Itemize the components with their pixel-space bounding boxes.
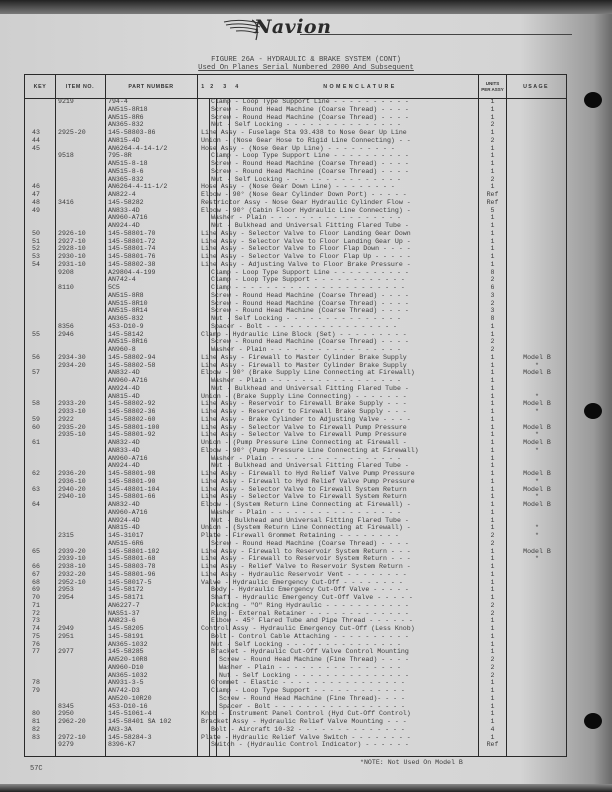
part-number-cell: AN833-4D [108, 447, 198, 455]
part-number-cell: NAS51-37 [108, 610, 198, 618]
table-row: 44AN815-4DUnion - (Nose Gear Hose to Rig… [25, 137, 566, 145]
units-cell: 2 [479, 137, 506, 145]
usage-cell: Model B [506, 354, 568, 362]
table-row: AN515-8R14Screw - Round Head Machine (Co… [25, 307, 566, 315]
key-cell: 64 [32, 501, 52, 509]
units-cell: 1 [479, 478, 506, 486]
nomenclature-cell: Valve - Hydraulic Emergency Cut-Off - - … [201, 579, 476, 587]
table-row: 742949145-58205Control Assy - Hydraulic … [25, 625, 566, 633]
units-header-line2: PER ASSY [481, 87, 504, 93]
item-no-cell: 2962-20 [58, 718, 106, 726]
units-cell: 2 [479, 610, 506, 618]
table-row: 582933-20145-58802-92Line Assy - Reservo… [25, 400, 566, 408]
part-number-cell: 145-58801-74 [108, 245, 198, 253]
part-number-cell: 794-4 [108, 98, 198, 106]
table-row: AN515-8R8Screw - Round Head Machine (Coa… [25, 292, 566, 300]
nomenclature-cell: Washer - Plain - - - - - - - - - - - - -… [219, 664, 476, 672]
usage-cell: * [506, 431, 568, 439]
key-cell: 75 [32, 633, 52, 641]
part-number-cell: AN822-4 [108, 191, 198, 199]
usage-cell: * [506, 532, 568, 540]
part-number-cell: 145-58172 [108, 586, 198, 594]
units-cell: 1 [479, 129, 506, 137]
nomenclature-cell: Nut - Self Locking - - - - - - - - - - -… [211, 176, 476, 184]
key-cell: 55 [32, 331, 52, 339]
table-row: 9518795-8RClamp - Loop Type Support Line… [25, 152, 566, 160]
key-cell: 48 [32, 199, 52, 207]
usage-cell: * [506, 555, 568, 563]
item-no-cell: 2931-10 [58, 261, 106, 269]
table-row: 78AN931-3-5Grommet - Elastic - - - - - -… [25, 679, 566, 687]
table-row: 662938-10145-58803-78Line Assy - Relief … [25, 563, 566, 571]
table-row: 832972-10145-58284-3Plate - Hydraulic Re… [25, 734, 566, 742]
item-no-cell: 8110 [58, 284, 106, 292]
key-cell: 60 [32, 424, 52, 432]
units-cell: 4 [479, 726, 506, 734]
part-number-cell: AN6264-4-11-1/2 [108, 183, 198, 191]
part-number-cell: 145-58803-86 [108, 129, 198, 137]
units-cell: 1 [479, 455, 506, 463]
nomenclature-cell: Line Assy - Selector Valve to Floor Flap… [201, 253, 476, 261]
units-cell: 2 [479, 121, 506, 129]
part-number-cell: AN815-4D [108, 393, 198, 401]
nomenclature-cell: Bracket - Hydraulic Cut-Off Valve Contro… [211, 648, 476, 656]
part-number-cell: AN823-6 [108, 617, 198, 625]
item-no-cell: 2925-20 [58, 129, 106, 137]
table-row: 9208A29804-4-199Clamp - Loop Type Suppor… [25, 269, 566, 277]
usage-cell: * [506, 478, 568, 486]
units-cell: 1 [479, 447, 506, 455]
part-number-cell: AN832-4D [108, 439, 198, 447]
nomenclature-cell: Line Assy - Selector Valve to Firewall S… [201, 486, 476, 494]
nomenclature-cell: Line Assy - Reservoir to Firewall Brake … [201, 400, 476, 408]
table-row: 752951145-58191Bolt - Control Cable Atta… [25, 633, 566, 641]
table-row: AN960-A716Washer - Plain - - - - - - - -… [25, 214, 566, 222]
table-row: 2935-10145-58801-92Line Assy - Selector … [25, 431, 566, 439]
item-no-cell: 2977 [58, 648, 106, 656]
table-row: 432925-20145-58803-86Line Assy - Fuselag… [25, 129, 566, 137]
units-cell: 8 [479, 269, 506, 277]
item-no-cell: 2936-10 [58, 478, 106, 486]
units-cell: 1 [479, 687, 506, 695]
units-cell: 1 [479, 261, 506, 269]
nomenclature-cell: Screw - Round Head Machine (Coarse Threa… [211, 540, 476, 548]
units-cell: 1 [479, 641, 506, 649]
table-row: 81105C5Clamp - - - - - - - - - - - - - -… [25, 284, 566, 292]
part-number-cell: AN960-A716 [108, 455, 198, 463]
nomenclature-cell: Washer - Plain - - - - - - - - - - - - -… [211, 455, 476, 463]
nomenclature-cell: Union - (System Return Line Connecting a… [201, 524, 476, 532]
part-number-cell: 145-58171 [108, 594, 198, 602]
key-cell: 83 [32, 734, 52, 742]
key-cell: 49 [32, 207, 52, 215]
nomenclature-cell: Body - Hydraulic Emergency Cut-Off Valve… [211, 586, 476, 594]
units-cell: 2 [479, 176, 506, 184]
col-header-indent-2: 2 [208, 75, 216, 98]
item-no-cell: 2933-20 [58, 400, 106, 408]
units-cell: 1 [479, 145, 506, 153]
part-number-cell: 795-8R [108, 152, 198, 160]
nomenclature-cell: Line Assy - Selector Valve to Floor Land… [201, 238, 476, 246]
key-cell: 56 [32, 354, 52, 362]
part-number-cell: 453-D10-16 [108, 703, 198, 711]
table-row: 592922145-58802-60Line Assy - Brake Cyli… [25, 416, 566, 424]
nomenclature-cell: Washer - Plain - - - - - - - - - - - - -… [211, 509, 476, 517]
table-row: 2939-10145-58801-68Line Assy - Firewall … [25, 555, 566, 563]
key-cell: 70 [32, 594, 52, 602]
header-rule [300, 34, 572, 35]
units-cell: 1 [479, 548, 506, 556]
units-cell: Ref [479, 191, 506, 199]
nomenclature-cell: Hose Assy - (Nose Gear Down Line) - - - … [201, 183, 476, 191]
key-cell: 62 [32, 470, 52, 478]
key-cell: 82 [32, 726, 52, 734]
nomenclature-cell: Control Assy - Hydraulic Emergency Cut-O… [201, 625, 476, 633]
units-cell: 3 [479, 307, 506, 315]
nomenclature-cell: Screw - Round Head Machine (Coarse Threa… [211, 338, 476, 346]
key-cell: 66 [32, 563, 52, 571]
nomenclature-cell: Line Assy - Firewall to Reservoir System… [201, 555, 476, 563]
nomenclature-cell: Bolt - Aircraft 10-32 - - - - - - - - - … [211, 726, 476, 734]
nomenclature-cell: Grommet - Elastic - - - - - - - - - - - … [211, 679, 476, 687]
units-cell: 1 [479, 524, 506, 532]
item-no-cell: 3416 [58, 199, 106, 207]
col-header-usage: USAGE [506, 75, 566, 98]
key-cell: 51 [32, 238, 52, 246]
item-no-cell: 2928-10 [58, 245, 106, 253]
usage-cell: Model B [506, 369, 568, 377]
item-no-cell: 2954 [58, 594, 106, 602]
table-row: 522928-10145-58801-74Line Assy - Selecto… [25, 245, 566, 253]
units-cell: 1 [479, 253, 506, 261]
units-cell: 1 [479, 718, 506, 726]
units-cell: 2 [479, 300, 506, 308]
table-row: AN960-A716Washer - Plain - - - - - - - -… [25, 377, 566, 385]
part-number-cell: AN520-10R20 [108, 695, 198, 703]
table-body: 9219794-4Clamp - Loop Type Support Line … [25, 98, 566, 749]
nomenclature-cell: Screw - Round Head Machine (Coarse Threa… [211, 292, 476, 300]
part-number-cell: 145-58282 [108, 199, 198, 207]
table-row: 61AN832-4DUnion - (Pump Pressure Line Co… [25, 439, 566, 447]
nomenclature-cell: Hose Assy - (Nose Gear Up Line) - - - - … [201, 145, 476, 153]
units-cell: 2 [479, 346, 506, 354]
table-row: 532930-10145-58801-76Line Assy - Selecto… [25, 253, 566, 261]
item-no-cell: 2940-10 [58, 493, 106, 501]
part-number-cell: AN515-8-18 [108, 160, 198, 168]
usage-cell: Model B [506, 501, 568, 509]
part-number-cell: AN960-D10 [108, 664, 198, 672]
units-cell: 1 [479, 501, 506, 509]
usage-cell: Model B [506, 400, 568, 408]
part-number-cell: AN924-4D [108, 517, 198, 525]
col-header-indent-4: 4 [233, 75, 241, 98]
table-row: 772977145-58285Bracket - Hydraulic Cut-O… [25, 648, 566, 656]
table-row: 2315145-31017Plate - Firewall Grommet Re… [25, 532, 566, 540]
units-cell: 1 [479, 517, 506, 525]
key-cell: 45 [32, 145, 52, 153]
key-cell: 73 [32, 617, 52, 625]
part-number-cell: AN815-4D [108, 137, 198, 145]
units-cell: 1 [479, 431, 506, 439]
table-row: 802950145-51061-4Knob - Instrument Panel… [25, 710, 566, 718]
part-number-cell: AN960-A716 [108, 509, 198, 517]
part-number-cell: AN515-8R16 [108, 338, 198, 346]
scan-bottom-edge [0, 784, 612, 792]
part-number-cell: AN515-8R10 [108, 300, 198, 308]
nomenclature-cell: Elbow - 45° Flared Tube and Pipe Thread … [211, 617, 476, 625]
part-number-cell: AN924-4D [108, 385, 198, 393]
part-number-cell: A29804-4-199 [108, 269, 198, 277]
table-row: 502926-10145-58801-70Line Assy - Selecto… [25, 230, 566, 238]
table-row: 552946145-58142Clamp - Hydraulic Line Bl… [25, 331, 566, 339]
part-number-cell: AN833-4D [108, 207, 198, 215]
units-cell: 1 [479, 470, 506, 478]
key-cell: 80 [32, 710, 52, 718]
part-number-cell: 145-58801-92 [108, 431, 198, 439]
nomenclature-cell: Screw - Round Head Machine (Coarse Threa… [211, 307, 476, 315]
part-number-cell: AN742-4 [108, 276, 198, 284]
part-number-cell: 145-58802-36 [108, 408, 198, 416]
units-cell: 2 [479, 656, 506, 664]
part-number-cell: AN515-8R14 [108, 307, 198, 315]
table-row: AN924-4DNut - Bulkhead and Universal Fit… [25, 222, 566, 230]
part-number-cell: AN924-4D [108, 222, 198, 230]
table-row: 92798396-K7Switch - (Hydraulic Control I… [25, 741, 566, 749]
units-cell: 1 [479, 385, 506, 393]
units-cell: 1 [479, 183, 506, 191]
table-row: AN515-8R16Screw - Round Head Machine (Co… [25, 338, 566, 346]
units-cell: 1 [479, 106, 506, 114]
part-number-cell: AN515-8-6 [108, 168, 198, 176]
part-number-cell: AN931-3-5 [108, 679, 198, 687]
item-no-cell: 2926-10 [58, 230, 106, 238]
nomenclature-cell: Spacer - Bolt - - - - - - - - - - - - - … [211, 323, 476, 331]
nomenclature-cell: Union - (Brake Supply Line Connecting) -… [201, 393, 476, 401]
item-no-cell: 2933-10 [58, 408, 106, 416]
key-cell: 74 [32, 625, 52, 633]
item-no-cell: 8345 [58, 703, 106, 711]
units-cell: 8 [479, 315, 506, 323]
part-number-cell: AN515-8R18 [108, 106, 198, 114]
part-number-cell: 145-58284-3 [108, 734, 198, 742]
table-row: 9219794-4Clamp - Loop Type Support Line … [25, 98, 566, 106]
item-no-cell: 2953 [58, 586, 106, 594]
nomenclature-cell: Washer - Plain - - - - - - - - - - - - -… [211, 214, 476, 222]
nomenclature-cell: Elbow - 90° (Nose Gear Cylinder Down Por… [201, 191, 476, 199]
usage-cell: Model B [506, 548, 568, 556]
units-cell: 1 [479, 509, 506, 517]
key-cell: 58 [32, 400, 52, 408]
part-number-cell: 145-58285 [108, 648, 198, 656]
table-row: AN960-D10Washer - Plain - - - - - - - - … [25, 664, 566, 672]
nomenclature-cell: Union - (Pump Pressure Line Connecting a… [201, 439, 476, 447]
item-no-cell: 2935-10 [58, 431, 106, 439]
item-no-cell: 2951 [58, 633, 106, 641]
part-number-cell: AN515-6R6 [108, 540, 198, 548]
nomenclature-cell: Bolt - Control Cable Attaching - - - - -… [211, 633, 476, 641]
nomenclature-cell: Ring - External Retainer - - - - - - - -… [211, 610, 476, 618]
part-number-cell: AN365-832 [108, 176, 198, 184]
units-cell: 1 [479, 408, 506, 416]
table-row: AN924-4DNut - Bulkhead and Universal Fit… [25, 385, 566, 393]
table-row: 562934-30145-58802-94Line Assy - Firewal… [25, 354, 566, 362]
nomenclature-cell: Nut - Bulkhead and Universal Fitting Fla… [211, 222, 476, 230]
units-cell: 5 [479, 207, 506, 215]
part-number-cell: 145-58801-102 [108, 548, 198, 556]
key-cell: 77 [32, 648, 52, 656]
table-row: 692953145-58172Body - Hydraulic Emergenc… [25, 586, 566, 594]
nomenclature-cell: Bracket Assy - Hydraulic Relief Valve Mo… [201, 718, 476, 726]
nomenclature-cell: Nut - Self Locking - - - - - - - - - - -… [211, 641, 476, 649]
part-number-cell: 145-58801-68 [108, 555, 198, 563]
item-no-cell: 2972-10 [58, 734, 106, 742]
part-number-cell: AN960-A716 [108, 377, 198, 385]
nomenclature-cell: Line Assy - Firewall to Master Cylinder … [201, 354, 476, 362]
item-no-cell: 2936-20 [58, 470, 106, 478]
item-no-cell: 2932-20 [58, 571, 106, 579]
col-header-indent-3: 3 [221, 75, 229, 98]
part-number-cell: AN815-4D [108, 524, 198, 532]
table-row: AN365-832Nut - Self Locking - - - - - - … [25, 315, 566, 323]
nomenclature-cell: Elbow - (System Return Line Connecting a… [201, 501, 476, 509]
scan-top-edge [0, 0, 612, 14]
nomenclature-cell: Line Assy - Brake Cylinder to Adjusting … [201, 416, 476, 424]
units-cell: 6 [479, 284, 506, 292]
page-number: 57C [30, 765, 43, 773]
part-number-cell: 145-48801-104 [108, 486, 198, 494]
item-no-cell: 2940-20 [58, 486, 106, 494]
nomenclature-cell: Clamp - Loop Type Support - - - - - - - … [211, 276, 476, 284]
part-number-cell: AN3-3A [108, 726, 198, 734]
part-number-cell: 145-58017-5 [108, 579, 198, 587]
nomenclature-cell: Nut - Bulkhead and Universal Fitting Fla… [211, 462, 476, 470]
nomenclature-cell: Knob - Instrument Panel Control (Hyd Cut… [201, 710, 476, 718]
table-row: 682952-10145-58017-5Valve - Hydraulic Em… [25, 579, 566, 587]
units-cell: 1 [479, 555, 506, 563]
key-cell: 43 [32, 129, 52, 137]
nomenclature-cell: Nut - Self Locking - - - - - - - - - - -… [219, 672, 476, 680]
table-row: AN515-8R10Screw - Round Head Machine (Co… [25, 300, 566, 308]
usage-cell: Model B [506, 470, 568, 478]
units-cell: 1 [479, 238, 506, 246]
table-row: AN365-1032Nut - Self Locking - - - - - -… [25, 672, 566, 680]
units-cell: 1 [479, 439, 506, 447]
table-row: 79AN742-D3Clamp - Loop Type Support - - … [25, 687, 566, 695]
table-header: KEY ITEM NO. PART NUMBER 1 2 3 4 NOMENCL… [25, 75, 566, 99]
binder-hole [584, 403, 602, 419]
item-no-cell: 2946 [58, 331, 106, 339]
col-header-key: KEY [25, 75, 55, 98]
units-cell: 2 [479, 540, 506, 548]
col-header-units-per-assy: UNITS PER ASSY [479, 75, 506, 98]
key-cell: 71 [32, 602, 52, 610]
item-no-cell: 2315 [58, 532, 106, 540]
nomenclature-cell: Elbow - 90° (Brake Supply Line Connectin… [201, 369, 476, 377]
table-row: 49AN833-4DElbow - 90° (Cabin Floor Hydra… [25, 207, 566, 215]
part-number-cell: 5C5 [108, 284, 198, 292]
part-number-cell: AN365-832 [108, 121, 198, 129]
units-cell: 2 [479, 602, 506, 610]
units-cell: 1 [479, 617, 506, 625]
table-row: AN815-4DUnion - (Brake Supply Line Conne… [25, 393, 566, 401]
key-cell: 67 [32, 571, 52, 579]
col-header-indent-1: 1 [199, 75, 207, 98]
nomenclature-cell: Elbow - 90° (Cabin Floor Hydraulic Line … [201, 207, 476, 215]
table-row: 2934-20145-58802-58Line Assy - Firewall … [25, 362, 566, 370]
item-no-cell: 2950 [58, 710, 106, 718]
usage-cell: * [506, 408, 568, 416]
key-cell: 47 [32, 191, 52, 199]
table-row: 702954145-58171Shaft - Hydraulic Emergen… [25, 594, 566, 602]
key-cell: 59 [32, 416, 52, 424]
usage-cell: Model B [506, 424, 568, 432]
units-cell: 1 [479, 486, 506, 494]
units-cell: 2 [479, 664, 506, 672]
nomenclature-cell: Screw - Round Head Machine (Fine Thread)… [219, 656, 476, 664]
nomenclature-cell: Line Assy - Firewall to Hyd Relief Valve… [201, 478, 476, 486]
key-cell: 57 [32, 369, 52, 377]
nomenclature-cell: Line Assy - Selector Valve to Floor Land… [201, 230, 476, 238]
table-row: AN960-A716Washer - Plain - - - - - - - -… [25, 455, 566, 463]
part-number-cell: AN960-8 [108, 346, 198, 354]
nomenclature-cell: Shaft - Hydraulic Emergency Cut-Off Valv… [211, 594, 476, 602]
part-number-cell: AN742-D3 [108, 687, 198, 695]
part-number-cell: AN365-1032 [108, 641, 198, 649]
part-number-cell: 145-31017 [108, 532, 198, 540]
table-row: 72NAS51-37Ring - External Retainer - - -… [25, 610, 566, 618]
item-no-cell: 9219 [58, 98, 106, 106]
usage-cell: * [506, 393, 568, 401]
units-cell: 1 [479, 695, 506, 703]
part-number-cell: 145-58802-60 [108, 416, 198, 424]
nomenclature-cell: Clamp - Loop Type Support Line - - - - -… [211, 269, 476, 277]
table-row: 512927-10145-58801-72Line Assy - Selecto… [25, 238, 566, 246]
units-cell: 1 [479, 625, 506, 633]
table-row: 602935-20145-58801-100Line Assy - Select… [25, 424, 566, 432]
table-row: AN515-8-6Screw - Round Head Machine (Coa… [25, 168, 566, 176]
figure-title: FIGURE 26A - HYDRAULIC & BRAKE SYSTEM (C… [0, 56, 612, 64]
units-cell: 1 [479, 331, 506, 339]
figure-subtitle: Used On Planes Serial Numbered 2000 And … [0, 64, 612, 72]
nomenclature-cell: Clamp - Hydraulic Line Block (Set) - - -… [201, 331, 476, 339]
part-number-cell: 145-58801-98 [108, 470, 198, 478]
table-row: AN960-A716Washer - Plain - - - - - - - -… [25, 509, 566, 517]
table-row: 2936-10145-58801-90Line Assy - Firewall … [25, 478, 566, 486]
nomenclature-cell: Spacer - Bolt - - - - - - - - - - - - - … [219, 703, 476, 711]
nomenclature-cell: Line Assy - Selector Valve to Firewall P… [201, 424, 476, 432]
units-cell: 1 [479, 98, 506, 106]
nomenclature-cell: Nut - Self Locking - - - - - - - - - - -… [211, 315, 476, 323]
table-row: 76AN365-1032Nut - Self Locking - - - - -… [25, 641, 566, 649]
nomenclature-cell: Restrictor Assy - Nose Gear Hydraulic Cy… [201, 199, 476, 207]
nomenclature-cell: Nut - Self Locking - - - - - - - - - - -… [211, 121, 476, 129]
item-no-cell: 2934-20 [58, 362, 106, 370]
units-cell: 1 [479, 563, 506, 571]
part-number-cell: AN365-832 [108, 315, 198, 323]
units-cell: 1 [479, 734, 506, 742]
table-row: AN520-10R20Screw - Round Head Machine (F… [25, 695, 566, 703]
nomenclature-cell: Clamp - - - - - - - - - - - - - - - - - … [211, 284, 476, 292]
item-no-cell: 8356 [58, 323, 106, 331]
nomenclature-cell: Line Assy - Relief Valve to Reservoir Sy… [201, 563, 476, 571]
units-cell: 1 [479, 703, 506, 711]
item-no-cell: 9208 [58, 269, 106, 277]
nomenclature-cell: Union - (Nose Gear Hose to Rigid Line Co… [201, 137, 476, 145]
nomenclature-cell: Packing - "O" Ring Hydraulic - - - - - -… [211, 602, 476, 610]
units-cell: Ref [479, 199, 506, 207]
units-cell: 1 [479, 393, 506, 401]
nomenclature-cell: Plate - Firewall Grommet Retaining - - -… [201, 532, 476, 540]
